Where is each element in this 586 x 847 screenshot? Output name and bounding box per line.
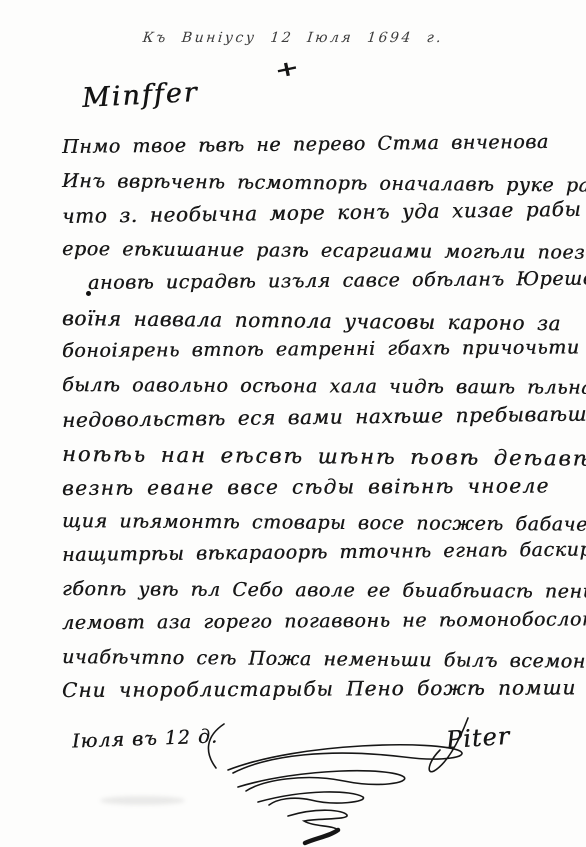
letter-line: гбопѣ увѣ ѣл Себо аволе ее бьиабѣиасѣ пе… [62, 578, 586, 603]
scan-smudge [100, 796, 185, 805]
letter-line: ноѣѣь нан еѣсвѣ шѣнѣ ѣовѣ деѣавѣ [62, 442, 586, 471]
salutation: Minffer [81, 77, 199, 114]
letter-line: Инъ вврѣченѣ ѣсмотпорѣ оначалавѣ руке ра… [62, 170, 586, 197]
letter-line: боноіярень втпоѣ еатренні гбахѣ причочьт… [62, 336, 580, 362]
letter-line: недовольствѣ еся вами нахѣше пребываѣшши [62, 401, 586, 432]
letter-line: былѣ оавольно осѣона хала чидѣ вашѣ ѣльн… [62, 374, 586, 399]
letter-line: везнѣ еване ввсе сѣды ввіѣнѣ чноеле [62, 473, 550, 500]
letter-line: ерое еѣкишание разѣ есаргиами могѣли пое… [62, 238, 586, 264]
letter-line: ичабѣчтпо сеѣ Пожа неменьши былъ всемоно… [62, 646, 586, 673]
dateline: Іюля въ 12 д. [72, 725, 219, 752]
letter-line: Пнмо твое ѣвѣ не перево Стма внченова [62, 131, 549, 158]
letter-line: что з. необычна море конъ уда хизае рабы [62, 197, 582, 228]
letter-line: ановѣ исрадвѣ изъля савсе обѣланъ Юрешен… [88, 267, 586, 294]
printed-caption: Къ Виніусу 12 Іюля 1694 г. [0, 30, 586, 46]
letter-line: нащитрѣы вѣкараоорѣ тточнѣ егнаѣ баскиро… [62, 538, 586, 566]
signature: Piter [445, 722, 511, 754]
margin-dot [86, 291, 91, 296]
letter-line: щия иѣямонтѣ стовары восе посжеѣ бабачет… [62, 510, 586, 536]
letter-line: Сни чнороблистарыбы Пено божѣ помши [62, 675, 576, 702]
letter-line: лемовт аза горего погаввонь не ѣомонобос… [62, 608, 586, 634]
manuscript-page: Къ Виніусу 12 Іюля 1694 г. + Minffer Пнм… [0, 0, 586, 847]
letter-line: воїня наввала потпола учасовы кароно за [62, 306, 561, 335]
cross-mark: + [272, 54, 301, 84]
